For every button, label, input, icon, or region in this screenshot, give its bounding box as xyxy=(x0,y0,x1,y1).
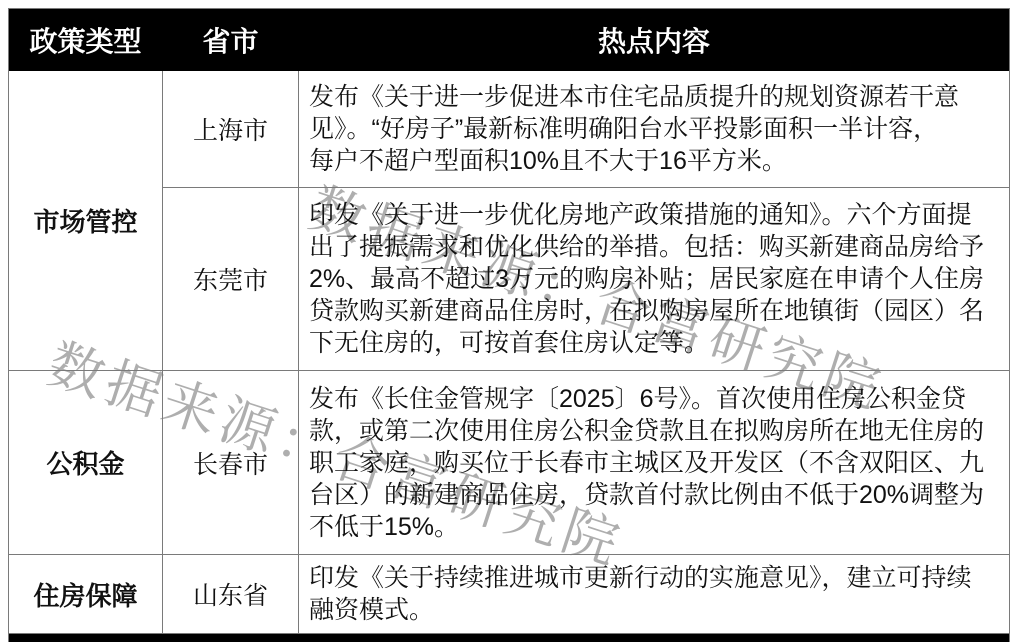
policy-type-provident-fund: 公积金 xyxy=(9,371,163,555)
content-shanghai: 发布《关于进一步促进本市住宅品质提升的规划资源若干意 见》。“好房子”最新标准明… xyxy=(299,71,1009,188)
policy-table-page: 数据来源：合富研究院 数据来源：合富研究院 政策类型 省市 热点内容 市场管控 … xyxy=(0,0,1011,642)
city-shandong: 山东省 xyxy=(163,555,299,634)
table-bottom-border-bar xyxy=(9,634,1009,642)
policy-type-market-control: 市场管控 xyxy=(9,71,163,371)
content-changchun: 发布《长住金管规字〔2025〕6号》。首次使用住房公积金贷 款，或第二次使用住房… xyxy=(299,371,1009,555)
policy-table: 政策类型 省市 热点内容 市场管控 上海市 发布《关于进一步促进本市住宅品质提升… xyxy=(8,8,1010,642)
header-province-city: 省市 xyxy=(163,9,299,71)
city-changchun: 长春市 xyxy=(163,371,299,555)
header-hot-content: 热点内容 xyxy=(299,9,1009,71)
policy-type-housing-security: 住房保障 xyxy=(9,555,163,634)
city-shanghai: 上海市 xyxy=(163,71,299,188)
content-shandong: 印发《关于持续推进城市更新行动的实施意见》，建立可持续 融资模式。 xyxy=(299,555,1009,634)
content-dongguan: 印发《关于进一步优化房地产政策措施的通知》。六个方面提 出了提振需求和优化供给的… xyxy=(299,188,1009,371)
city-dongguan: 东莞市 xyxy=(163,188,299,371)
header-policy-type: 政策类型 xyxy=(9,9,163,71)
